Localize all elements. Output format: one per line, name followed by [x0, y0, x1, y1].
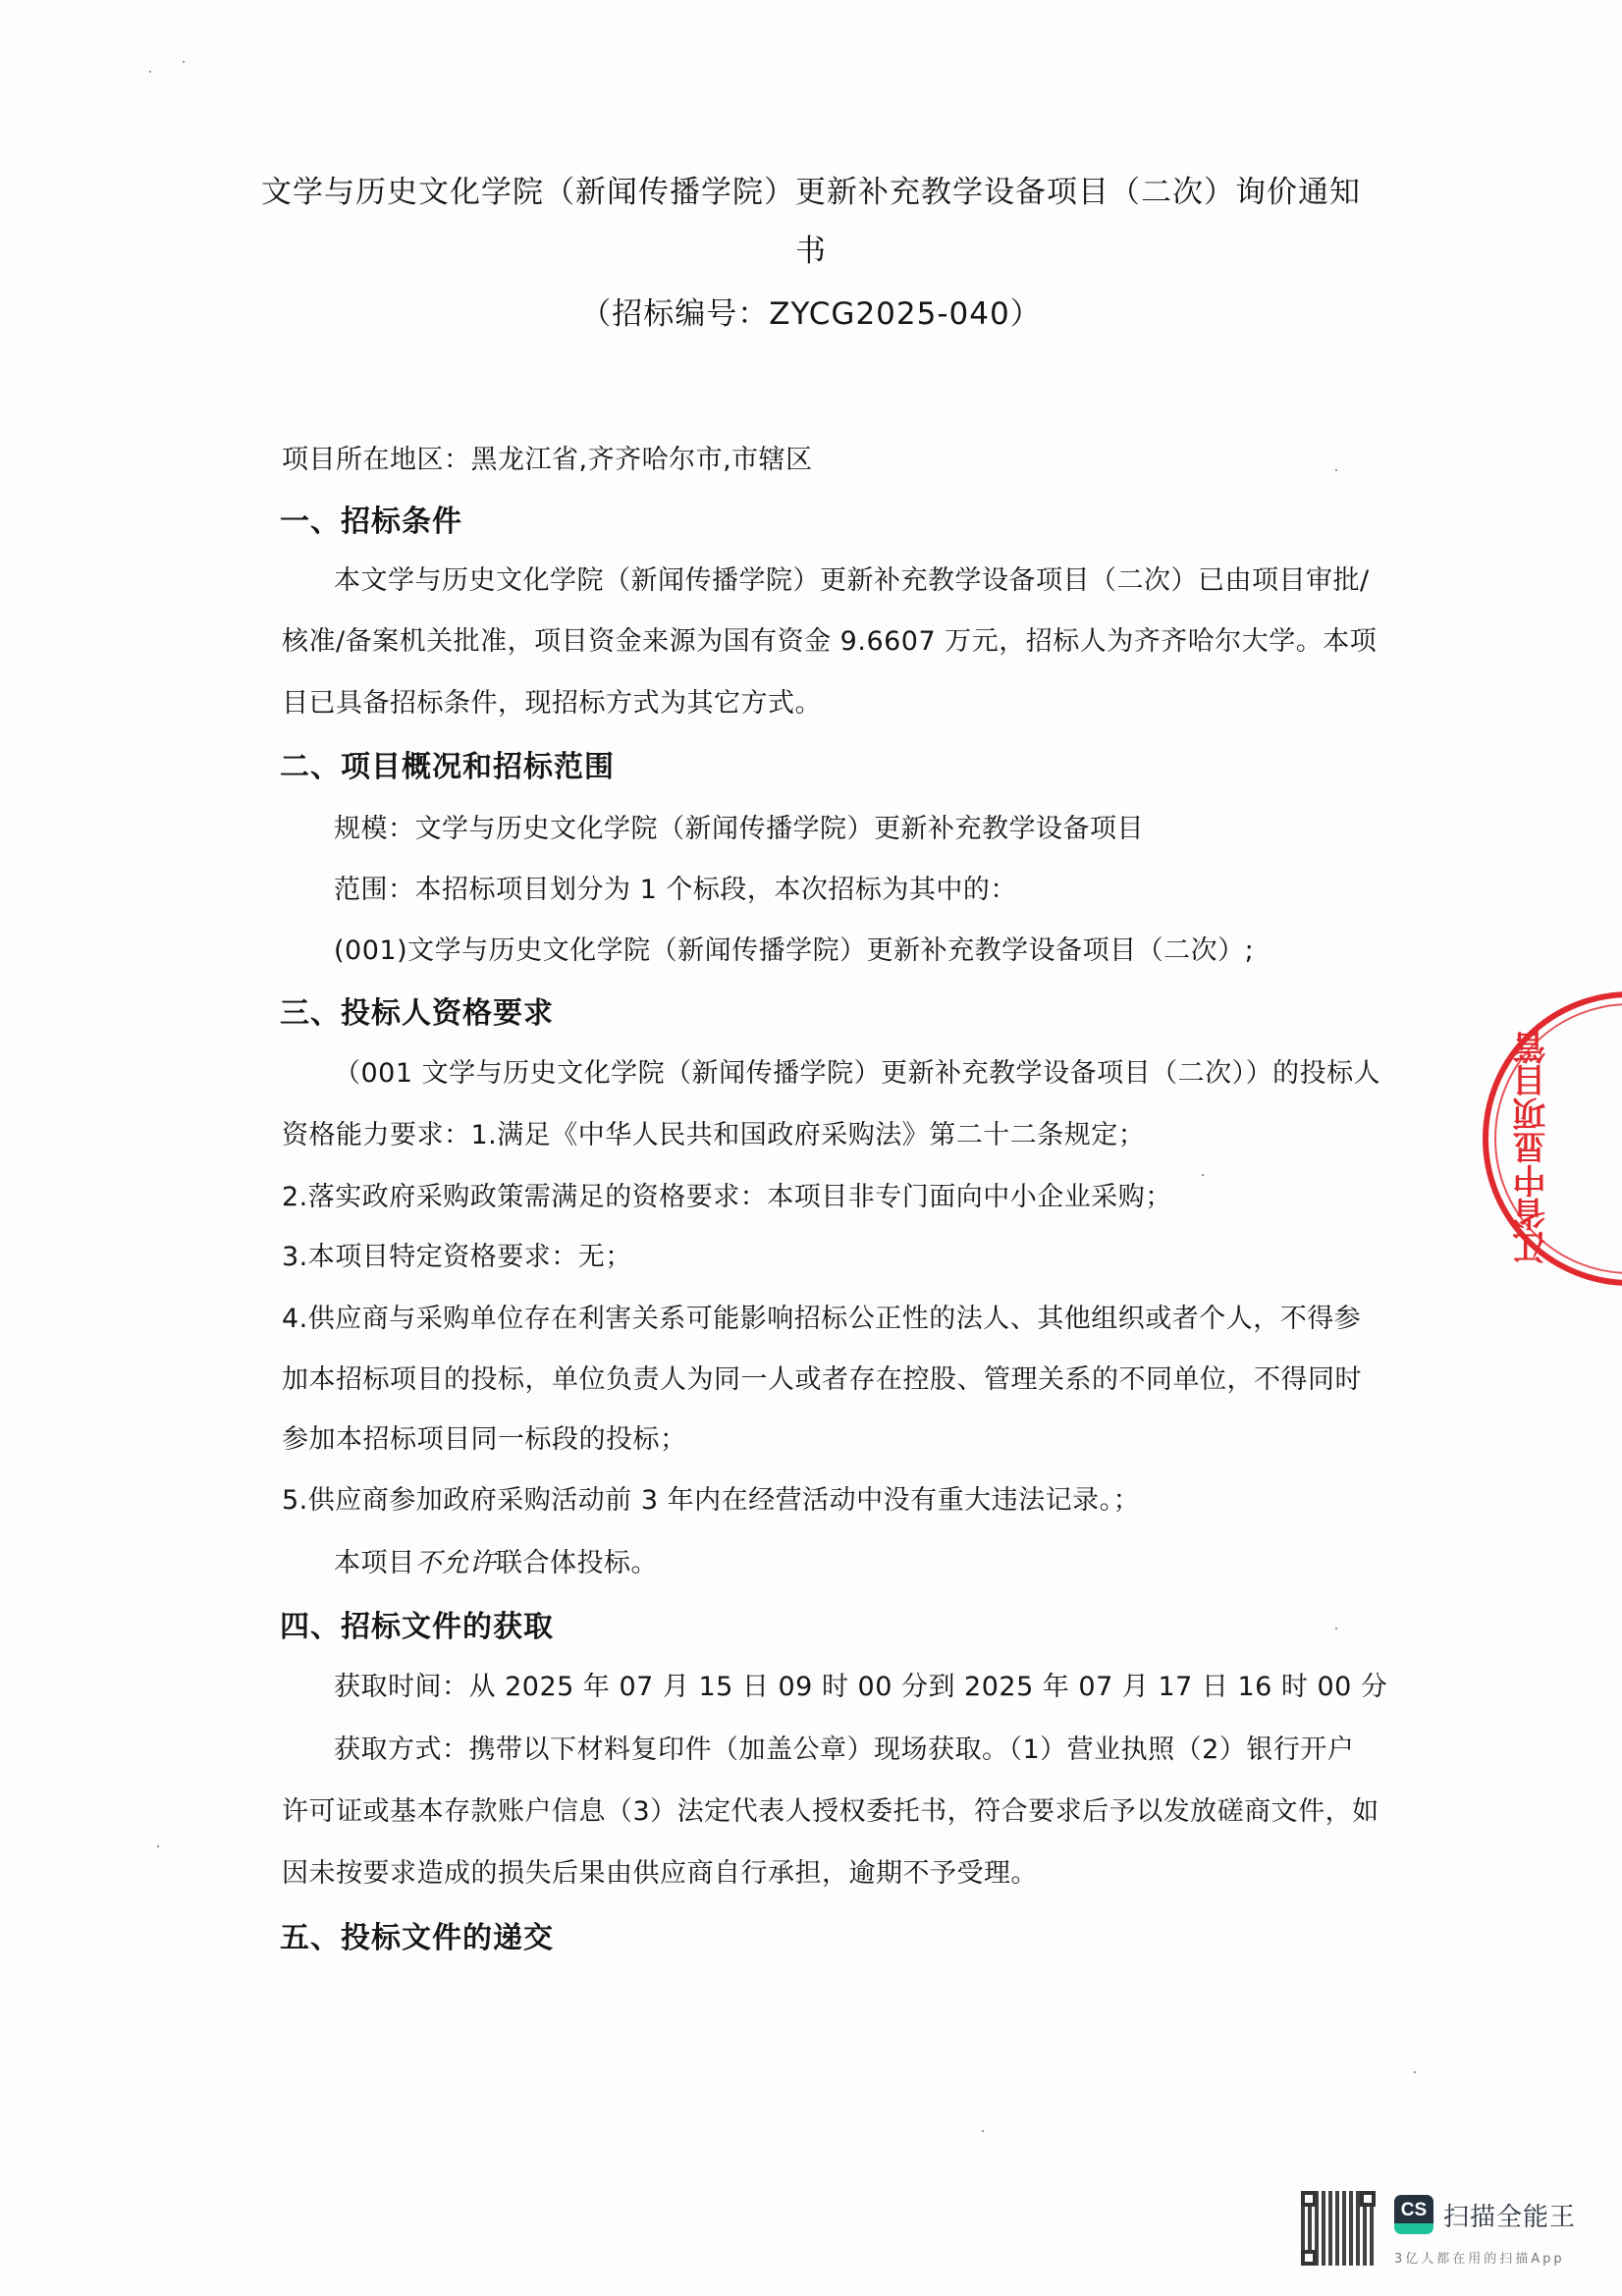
- section-heading-bidder-qualifications: 三、投标人资格要求: [280, 995, 554, 1033]
- consortium-suffix: 联合体投标。: [496, 1548, 658, 1578]
- paragraph-line: 5.供应商参加政府采购活动前 3 年内在经营活动中没有重大违法记录。；: [282, 1484, 1140, 1518]
- paragraph-line: 3.本项目特定资格要求：无；: [282, 1241, 632, 1274]
- qr-code-icon: [1301, 2191, 1376, 2266]
- qr-finder: [1301, 2250, 1317, 2266]
- camscanner-app-name: 扫描全能王: [1443, 2197, 1576, 2233]
- scan-speck: [157, 1845, 159, 1847]
- scan-speck: [183, 61, 185, 63]
- paragraph-line: 4.供应商与采购单位存在利害关系可能影响招标公正性的法人、其他组织或者个人，不得…: [282, 1303, 1361, 1336]
- qr-finder: [1360, 2191, 1376, 2207]
- paragraph-line: 规模：文学与历史文化学院（新闻传播学院）更新补充教学设备项目: [334, 813, 1144, 846]
- document-title-line2: 书: [0, 232, 1622, 271]
- camscanner-logo-icon: CS: [1394, 2195, 1433, 2234]
- paragraph-line: 资格能力要求：1.满足《中华人民共和国政府采购法》第二十二条规定；: [282, 1119, 1145, 1152]
- paragraph-line: 核准/备案机关批准，项目资金来源为国有资金 9.6607 万元，招标人为齐齐哈尔…: [282, 625, 1377, 659]
- paragraph-line: 获取方式：携带以下材料复印件（加盖公章）现场获取。（1）营业执照（2）银行开户: [334, 1734, 1354, 1767]
- bid-number: （招标编号：ZYCG2025-040）: [0, 294, 1622, 334]
- project-region: 项目所在地区：黑龙江省,齐齐哈尔市,市辖区: [282, 444, 813, 477]
- scan-speck: [982, 2130, 984, 2132]
- paragraph-line: 许可证或基本存款账户信息（3）法定代表人授权委托书，符合要求后予以发放磋商文件，…: [282, 1795, 1379, 1829]
- camscanner-watermark: CS 扫描全能王 3亿人都在用的扫描App: [1301, 2191, 1615, 2279]
- scanned-document-page: 文学与历史文化学院（新闻传播学院）更新补充教学设备项目（二次）询价通知 书 （招…: [0, 0, 1622, 2296]
- document-title-line1: 文学与历史文化学院（新闻传播学院）更新补充教学设备项目（二次）询价通知: [0, 173, 1622, 212]
- scan-speck: [1414, 2071, 1416, 2073]
- paragraph-line: 2.落实政府采购政策需满足的资格要求：本项目非专门面向中小企业采购；: [282, 1181, 1172, 1214]
- paragraph-line: 因未按要求造成的损失后果由供应商自行承担，逾期不予受理。: [282, 1857, 1038, 1891]
- paragraph-line: 获取时间：从 2025 年 07 月 15 日 09 时 00 分到 2025 …: [334, 1671, 1387, 1704]
- paragraph-line: 目已具备招标条件，现招标方式为其它方式。: [282, 687, 822, 721]
- section-heading-project-overview: 二、项目概况和招标范围: [280, 749, 615, 786]
- consortium-prefix: 本项目: [334, 1548, 415, 1578]
- camscanner-tagline: 3亿人都在用的扫描App: [1394, 2248, 1565, 2267]
- paragraph-line: 参加本招标项目同一标段的投标；: [282, 1423, 687, 1457]
- paragraph-line: （001 文学与历史文化学院（新闻传播学院）更新补充教学设备项目（二次））的投标…: [334, 1057, 1380, 1091]
- scan-speck: [149, 71, 151, 73]
- scan-speck: [1335, 1628, 1337, 1629]
- section-heading-bid-submission: 五、投标文件的递交: [280, 1920, 554, 1957]
- paragraph-line: 加本招标项目的投标，单位负责人为同一人或者存在控股、管理关系的不同单位，不得同时: [282, 1363, 1362, 1397]
- official-seal: 江省中显项目管: [1453, 972, 1622, 1306]
- seal-text: 江省中显项目管: [1514, 1031, 1573, 1264]
- scan-speck: [1335, 469, 1337, 471]
- consortium-statement: 本项目不允许联合体投标。: [334, 1547, 658, 1580]
- qr-finder: [1301, 2191, 1317, 2207]
- section-heading-document-acquisition: 四、招标文件的获取: [280, 1609, 554, 1646]
- paragraph-line: 本文学与历史文化学院（新闻传播学院）更新补充教学设备项目（二次）已由项目审批/: [334, 564, 1370, 598]
- section-heading-bid-conditions: 一、招标条件: [280, 504, 462, 541]
- paragraph-line: (001)文学与历史文化学院（新闻传播学院）更新补充教学设备项目（二次）;: [334, 934, 1254, 968]
- scan-speck: [1202, 1174, 1204, 1176]
- consortium-not-allowed: 不允许: [415, 1548, 497, 1578]
- paragraph-line: 范围：本招标项目划分为 1 个标段，本次招标为其中的：: [334, 874, 1017, 907]
